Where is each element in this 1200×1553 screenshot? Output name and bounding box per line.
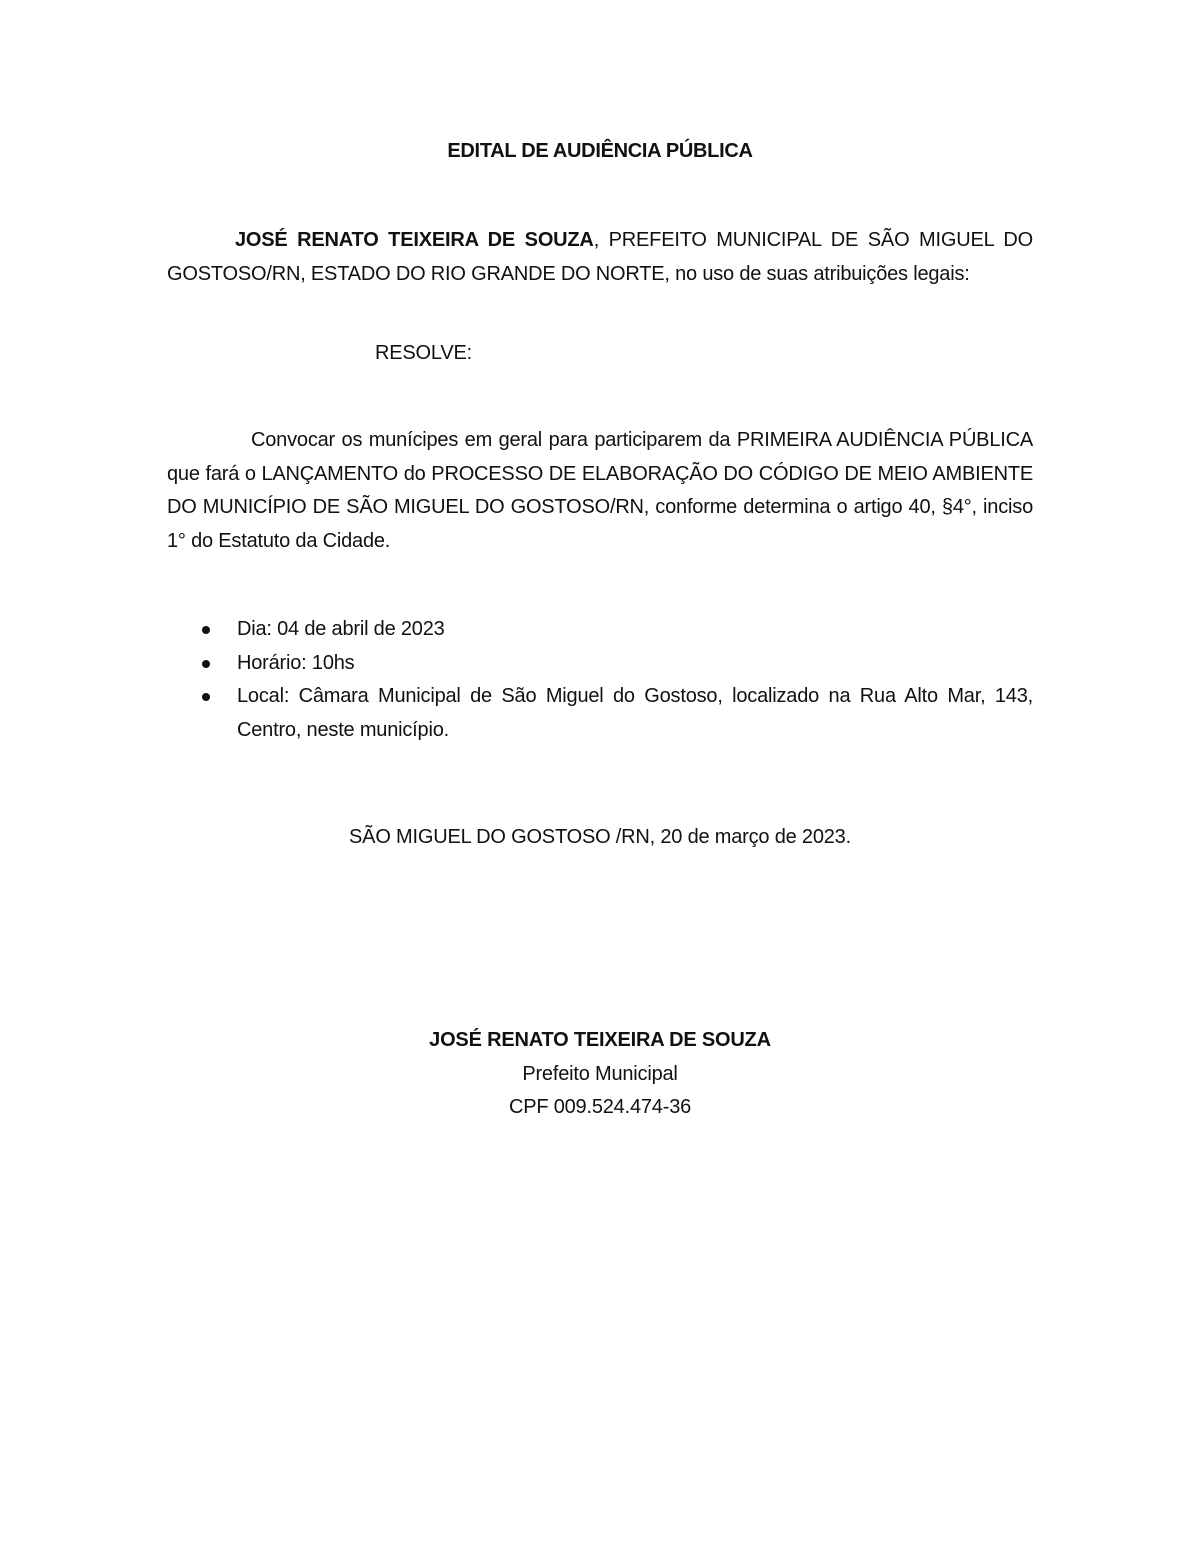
list-item-date: Dia: 04 de abril de 2023 xyxy=(200,613,1033,647)
details-list: Dia: 04 de abril de 2023 Horário: 10hs L… xyxy=(200,613,1033,747)
document-title: EDITAL DE AUDIÊNCIA PÚBLICA xyxy=(0,140,1200,163)
mayor-name: JOSÉ RENATO TEIXEIRA DE SOUZA xyxy=(235,229,594,251)
bullet-icon xyxy=(202,660,210,668)
detail-text: Dia: 04 de abril de 2023 xyxy=(237,618,445,640)
place-and-date: SÃO MIGUEL DO GOSTOSO /RN, 20 de março d… xyxy=(0,826,1200,849)
signatory-name: JOSÉ RENATO TEIXEIRA DE SOUZA xyxy=(0,1024,1200,1058)
resolve-heading: RESOLVE: xyxy=(375,342,472,365)
signatory-cpf: CPF 009.524.474-36 xyxy=(0,1091,1200,1125)
detail-text: Local: Câmara Municipal de São Miguel do… xyxy=(237,685,1033,741)
body-paragraph: Convocar os munícipes em geral para part… xyxy=(167,424,1033,558)
signatory-role: Prefeito Municipal xyxy=(0,1058,1200,1092)
intro-paragraph: JOSÉ RENATO TEIXEIRA DE SOUZA, PREFEITO … xyxy=(167,224,1033,291)
list-item-location: Local: Câmara Municipal de São Miguel do… xyxy=(200,680,1033,747)
detail-text: Horário: 10hs xyxy=(237,652,354,674)
body-text: Convocar os munícipes em geral para part… xyxy=(167,429,1033,552)
document-page: EDITAL DE AUDIÊNCIA PÚBLICA JOSÉ RENATO … xyxy=(0,0,1200,1553)
list-item-time: Horário: 10hs xyxy=(200,647,1033,681)
bullet-icon xyxy=(202,693,210,701)
bullet-icon xyxy=(202,626,210,634)
signature-block: JOSÉ RENATO TEIXEIRA DE SOUZA Prefeito M… xyxy=(0,1024,1200,1125)
